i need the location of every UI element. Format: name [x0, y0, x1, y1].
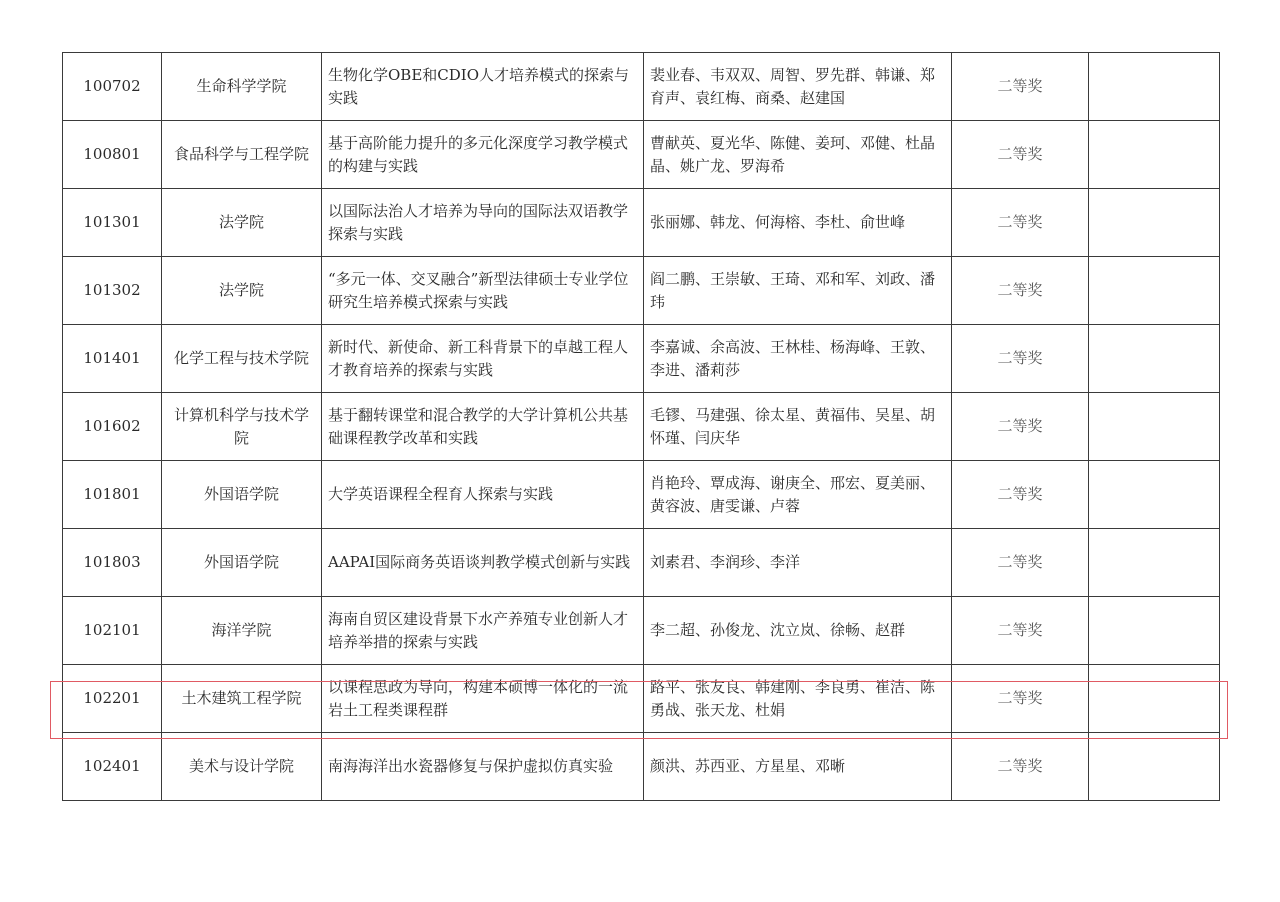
- project-id-cell: 102401: [63, 733, 162, 801]
- table-row: 101803 外国语学院 AAPAI国际商务英语谈判教学模式创新与实践 刘素君、…: [63, 529, 1220, 597]
- note-cell: [1089, 529, 1220, 597]
- table-row: 101801 外国语学院 大学英语课程全程育人探索与实践 肖艳玲、覃成海、谢庚全…: [63, 461, 1220, 529]
- awards-table: 100702 生命科学学院 生物化学OBE和CDIO人才培养模式的探索与实践 裴…: [62, 52, 1220, 801]
- members-cell: 李嘉诚、余高波、王林桂、杨海峰、王敦、李进、潘莉莎: [644, 325, 952, 393]
- project-title-cell: 南海海洋出水瓷器修复与保护虚拟仿真实验: [322, 733, 644, 801]
- award-level-cell: 二等奖: [952, 733, 1089, 801]
- members-cell: 张丽娜、韩龙、何海榕、李杜、俞世峰: [644, 189, 952, 257]
- project-id-cell: 100702: [63, 53, 162, 121]
- note-cell: [1089, 665, 1220, 733]
- college-cell: 法学院: [162, 257, 322, 325]
- award-level-cell: 二等奖: [952, 665, 1089, 733]
- members-cell: 路平、张友良、韩建刚、李良勇、崔洁、陈勇战、张天龙、杜娟: [644, 665, 952, 733]
- award-level-cell: 二等奖: [952, 529, 1089, 597]
- table-row: 100801 食品科学与工程学院 基于高阶能力提升的多元化深度学习教学模式的构建…: [63, 121, 1220, 189]
- project-title-cell: 大学英语课程全程育人探索与实践: [322, 461, 644, 529]
- project-id-cell: 101301: [63, 189, 162, 257]
- college-cell: 海洋学院: [162, 597, 322, 665]
- members-cell: 肖艳玲、覃成海、谢庚全、邢宏、夏美丽、黄容波、唐雯谦、卢蓉: [644, 461, 952, 529]
- award-level-cell: 二等奖: [952, 189, 1089, 257]
- college-cell: 外国语学院: [162, 461, 322, 529]
- note-cell: [1089, 461, 1220, 529]
- table-row: 102401 美术与设计学院 南海海洋出水瓷器修复与保护虚拟仿真实验 颜洪、苏西…: [63, 733, 1220, 801]
- award-level-cell: 二等奖: [952, 461, 1089, 529]
- table-row: 101302 法学院 “多元一体、交叉融合”新型法律硕士专业学位研究生培养模式探…: [63, 257, 1220, 325]
- project-id-cell: 101803: [63, 529, 162, 597]
- award-level-cell: 二等奖: [952, 325, 1089, 393]
- project-title-cell: 基于翻转课堂和混合教学的大学计算机公共基础课程教学改革和实践: [322, 393, 644, 461]
- award-level-cell: 二等奖: [952, 597, 1089, 665]
- project-title-cell: 海南自贸区建设背景下水产养殖专业创新人才培养举措的探索与实践: [322, 597, 644, 665]
- note-cell: [1089, 325, 1220, 393]
- table-body: 100702 生命科学学院 生物化学OBE和CDIO人才培养模式的探索与实践 裴…: [63, 53, 1220, 801]
- table-row: 101401 化学工程与技术学院 新时代、新使命、新工科背景下的卓越工程人才教育…: [63, 325, 1220, 393]
- members-cell: 李二超、孙俊龙、沈立岚、徐畅、赵群: [644, 597, 952, 665]
- table-row-highlighted: 102201 土木建筑工程学院 以课程思政为导向，构建本硕博一体化的一流岩土工程…: [63, 665, 1220, 733]
- project-id-cell: 100801: [63, 121, 162, 189]
- award-level-cell: 二等奖: [952, 53, 1089, 121]
- note-cell: [1089, 393, 1220, 461]
- note-cell: [1089, 53, 1220, 121]
- college-cell: 美术与设计学院: [162, 733, 322, 801]
- award-level-cell: 二等奖: [952, 257, 1089, 325]
- project-title-cell: 新时代、新使命、新工科背景下的卓越工程人才教育培养的探索与实践: [322, 325, 644, 393]
- college-cell: 食品科学与工程学院: [162, 121, 322, 189]
- project-id-cell: 101401: [63, 325, 162, 393]
- note-cell: [1089, 733, 1220, 801]
- college-cell: 计算机科学与技术学院: [162, 393, 322, 461]
- college-cell: 化学工程与技术学院: [162, 325, 322, 393]
- table-row: 102101 海洋学院 海南自贸区建设背景下水产养殖专业创新人才培养举措的探索与…: [63, 597, 1220, 665]
- note-cell: [1089, 597, 1220, 665]
- project-id-cell: 102201: [63, 665, 162, 733]
- note-cell: [1089, 189, 1220, 257]
- project-title-cell: 以课程思政为导向，构建本硕博一体化的一流岩土工程类课程群: [322, 665, 644, 733]
- college-cell: 土木建筑工程学院: [162, 665, 322, 733]
- members-cell: 裴业春、韦双双、周智、罗先群、韩谦、郑育声、袁红梅、商桑、赵建国: [644, 53, 952, 121]
- members-cell: 阎二鹏、王崇敏、王琦、邓和军、刘政、潘玮: [644, 257, 952, 325]
- award-level-cell: 二等奖: [952, 393, 1089, 461]
- college-cell: 法学院: [162, 189, 322, 257]
- note-cell: [1089, 257, 1220, 325]
- table-row: 101602 计算机科学与技术学院 基于翻转课堂和混合教学的大学计算机公共基础课…: [63, 393, 1220, 461]
- project-id-cell: 101302: [63, 257, 162, 325]
- table-row: 100702 生命科学学院 生物化学OBE和CDIO人才培养模式的探索与实践 裴…: [63, 53, 1220, 121]
- project-title-cell: 以国际法治人才培养为导向的国际法双语教学探索与实践: [322, 189, 644, 257]
- note-cell: [1089, 121, 1220, 189]
- members-cell: 刘素君、李润珍、李洋: [644, 529, 952, 597]
- project-id-cell: 101801: [63, 461, 162, 529]
- project-title-cell: “多元一体、交叉融合”新型法律硕士专业学位研究生培养模式探索与实践: [322, 257, 644, 325]
- project-title-cell: 基于高阶能力提升的多元化深度学习教学模式的构建与实践: [322, 121, 644, 189]
- project-id-cell: 101602: [63, 393, 162, 461]
- college-cell: 外国语学院: [162, 529, 322, 597]
- table-row: 101301 法学院 以国际法治人才培养为导向的国际法双语教学探索与实践 张丽娜…: [63, 189, 1220, 257]
- award-level-cell: 二等奖: [952, 121, 1089, 189]
- members-cell: 颜洪、苏西亚、方星星、邓晰: [644, 733, 952, 801]
- project-title-cell: AAPAI国际商务英语谈判教学模式创新与实践: [322, 529, 644, 597]
- college-cell: 生命科学学院: [162, 53, 322, 121]
- project-title-cell: 生物化学OBE和CDIO人才培养模式的探索与实践: [322, 53, 644, 121]
- members-cell: 曹献英、夏光华、陈健、姜珂、邓健、杜晶晶、姚广龙、罗海希: [644, 121, 952, 189]
- members-cell: 毛镠、马建强、徐太星、黄福伟、吴星、胡怀瑾、闫庆华: [644, 393, 952, 461]
- project-id-cell: 102101: [63, 597, 162, 665]
